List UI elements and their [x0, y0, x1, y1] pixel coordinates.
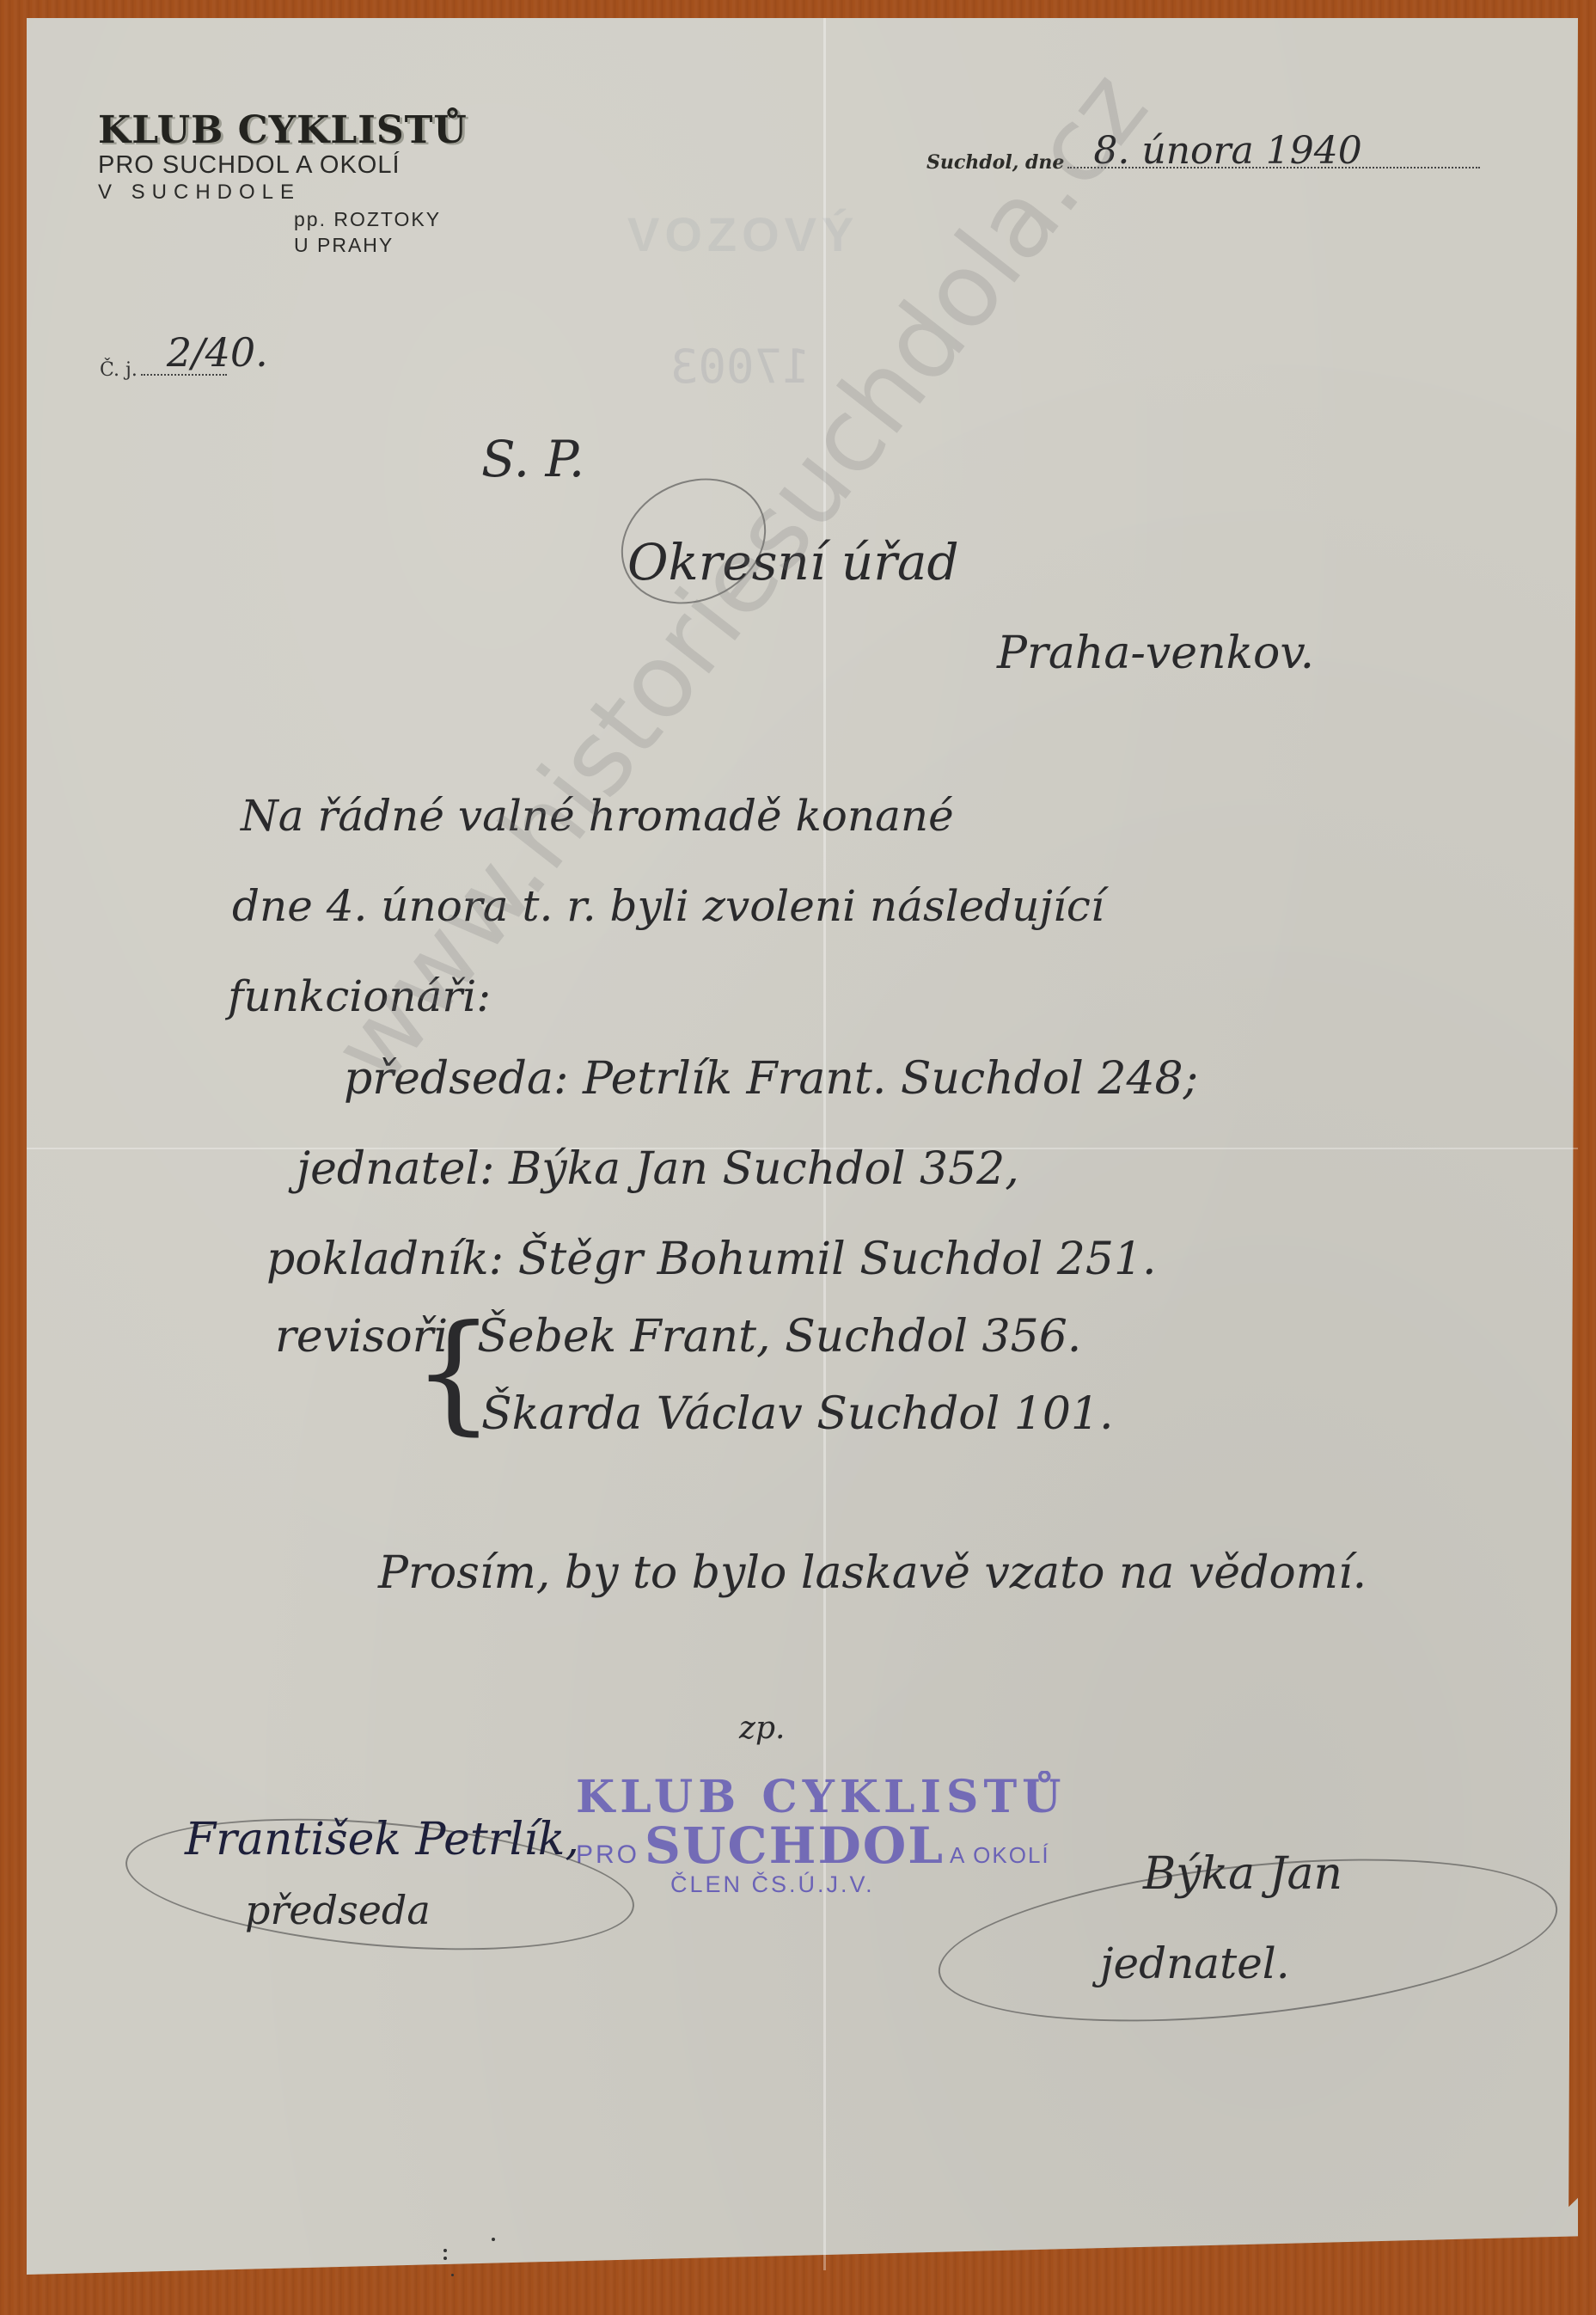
ghost-number-imprint: 17003 — [670, 340, 810, 394]
officer-name: Šebek Frant, — [477, 1311, 770, 1363]
officer-row-treasurer: pokladník: Štěgr Bohumil Suchdol 251. — [266, 1234, 1157, 1285]
letterhead-line-4: U PRAHY — [98, 232, 468, 258]
officer-row-chairman: předseda: Petrlík Frant. Suchdol 248; — [344, 1053, 1198, 1105]
signature-chairman-name: František Petrlík, — [185, 1814, 579, 1865]
officer-name: Škarda Václav — [481, 1388, 803, 1440]
officer-address: Suchdol 248; — [901, 1053, 1198, 1105]
signature-chairman-role: předseda — [245, 1887, 431, 1933]
stamp-okoli: A OKOLÍ — [950, 1842, 1050, 1869]
officer-role: jednatel: — [297, 1143, 495, 1195]
ink-speck — [492, 2238, 495, 2241]
officer-address: Suchdol 251. — [859, 1234, 1156, 1285]
letterhead-line-3: pp. ROZTOKY — [98, 206, 468, 232]
letterhead: KLUB CYKLISTŮ PRO SUCHDOL A OKOLÍ V SUCH… — [98, 110, 468, 258]
officer-address: Suchdol 101. — [816, 1388, 1113, 1440]
addressee-location: Praha-venkov. — [997, 628, 1314, 679]
closing-request: Prosím, by to bylo laskavě vzato na vědo… — [378, 1547, 1367, 1599]
letterhead-title: KLUB CYKLISTŮ — [98, 110, 468, 151]
signature-secretary-role: jednatel. — [1100, 1938, 1290, 1988]
reference-number-field: Č. j. 2/40. — [100, 357, 227, 381]
signature-secretary-name: Býka Jan — [1143, 1848, 1342, 1900]
ink-speck — [451, 2274, 454, 2276]
officer-address: Suchdol 352, — [723, 1143, 1019, 1195]
body-line-2: dne 4. února t. r. byli zvoleni následuj… — [232, 881, 1104, 931]
officer-address: Suchdol 356. — [785, 1311, 1081, 1363]
salutation: S. P. — [481, 430, 584, 488]
stamp-membership: ČLEN ČS.Ú.J.V. — [670, 1871, 1067, 1898]
officer-row-secretary: jednatel: Býka Jan Suchdol 352, — [297, 1143, 1019, 1195]
stamp-suchdol: SUCHDOL — [645, 1816, 945, 1875]
closing-abbreviation: zp. — [739, 1711, 785, 1746]
officer-name: Petrlík Frant. — [583, 1053, 886, 1105]
officer-row-auditor-2: Škarda Václav Suchdol 101. — [481, 1388, 1114, 1440]
officer-name: Býka Jan — [509, 1143, 708, 1195]
officer-row-auditor-1: revisoři: Šebek Frant, Suchdol 356. — [275, 1311, 1081, 1363]
club-rubber-stamp: KLUB CYKLISTŮ PRO SUCHDOL A OKOLÍ ČLEN Č… — [576, 1771, 1067, 1898]
reference-dotted-line: 2/40. — [141, 357, 227, 376]
letterhead-line-1: PRO SUCHDOL A OKOLÍ — [98, 151, 468, 179]
reference-label: Č. j. — [100, 359, 138, 381]
ghost-stamp-imprint: VOZOVÝ — [627, 206, 859, 262]
stamp-row: PRO SUCHDOL A OKOLÍ — [576, 1816, 1067, 1875]
stamp-title: KLUB CYKLISTŮ — [576, 1771, 1067, 1823]
reference-handwritten: 2/40. — [167, 329, 268, 376]
officer-name: Štěgr Bohumil — [518, 1234, 846, 1285]
letterhead-line-2: V SUCHDOLE — [98, 179, 468, 206]
ink-speck — [443, 2257, 447, 2260]
officer-role: pokladník: — [266, 1234, 504, 1285]
ink-speck — [443, 2249, 447, 2252]
